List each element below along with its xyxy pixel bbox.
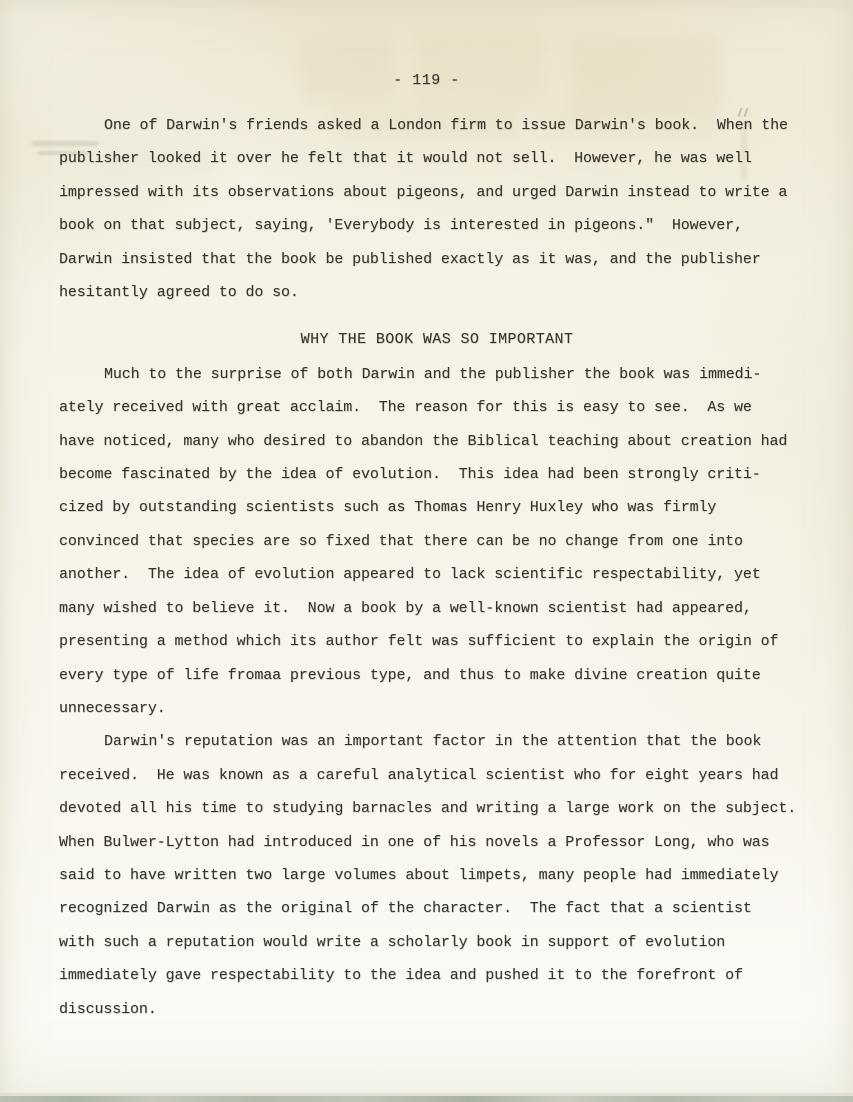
text-line: When Bulwer-Lytton had introduced in one… — [59, 826, 815, 859]
text-line: Darwin's reputation was an important fac… — [59, 725, 815, 758]
text-line: convinced that species are so fixed that… — [59, 525, 815, 558]
text-line: presenting a method which its author fel… — [59, 625, 815, 658]
text-line: impressed with its observations about pi… — [59, 176, 815, 209]
text-line: have noticed, many who desired to abando… — [59, 425, 815, 458]
text-line: recognized Darwin as the original of the… — [59, 892, 815, 925]
text-line: another. The idea of evolution appeared … — [59, 558, 815, 591]
text-line: many wished to believe it. Now a book by… — [59, 592, 815, 625]
text-line: devoted all his time to studying barnacl… — [59, 792, 815, 825]
text-line: Darwin insisted that the book be publish… — [59, 243, 815, 276]
paragraph: Darwin's reputation was an important fac… — [59, 725, 815, 1026]
document-body: One of Darwin's friends asked a London f… — [59, 109, 815, 1026]
text-line: cized by outstanding scientists such as … — [59, 491, 815, 524]
scanned-document-page: - 119 - One of Darwin's friends asked a … — [0, 0, 853, 1102]
bleed-through-blob — [414, 27, 545, 103]
text-line: publisher looked it over he felt that it… — [59, 142, 815, 175]
text-line: with such a reputation would write a sch… — [59, 926, 815, 959]
page-number: - 119 - — [0, 72, 853, 89]
text-line: said to have written two large volumes a… — [59, 859, 815, 892]
scan-bottom-edge — [0, 1096, 853, 1102]
paragraph: One of Darwin's friends asked a London f… — [59, 109, 815, 309]
text-line: every type of life fromaa previous type,… — [59, 659, 815, 692]
text-line: Much to the surprise of both Darwin and … — [59, 358, 815, 391]
text-line: unnecessary. — [59, 692, 815, 725]
text-line: discussion. — [59, 993, 815, 1026]
section-heading: WHY THE BOOK WAS SO IMPORTANT — [59, 323, 815, 356]
text-line: immediately gave respectability to the i… — [59, 959, 815, 992]
text-line: ately received with great acclaim. The r… — [59, 391, 815, 424]
bleed-through-blob — [299, 36, 396, 101]
text-line: hesitantly agreed to do so. — [59, 276, 815, 309]
text-line: received. He was known as a careful anal… — [59, 759, 815, 792]
text-line: book on that subject, saying, 'Everybody… — [59, 209, 815, 242]
text-line: become fascinated by the idea of evoluti… — [59, 458, 815, 491]
text-line: One of Darwin's friends asked a London f… — [59, 109, 815, 142]
paragraph: Much to the surprise of both Darwin and … — [59, 358, 815, 725]
